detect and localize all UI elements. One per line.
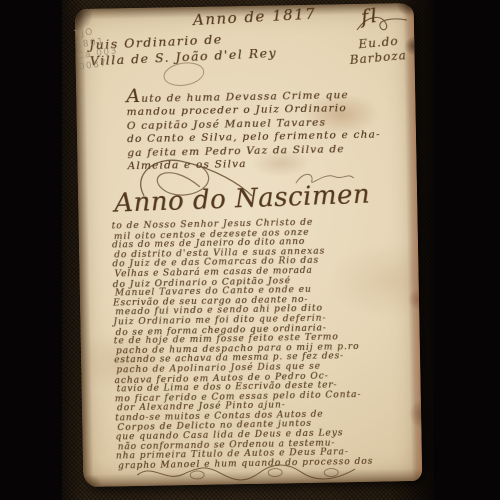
clerk-signature-line2: Barboza [349, 48, 407, 67]
manuscript-page: Anno de 1817 fl Eu.do Barboza Juis Ordin… [75, 3, 423, 487]
closing-flourish-icon [135, 462, 357, 484]
photo-background: Anno de 1817 fl Eu.do Barboza Juis Ordin… [0, 0, 500, 500]
body-text: to de Nosso Senhor Jesus Christo demil o… [112, 218, 374, 472]
seal-oval-mark [160, 58, 208, 91]
